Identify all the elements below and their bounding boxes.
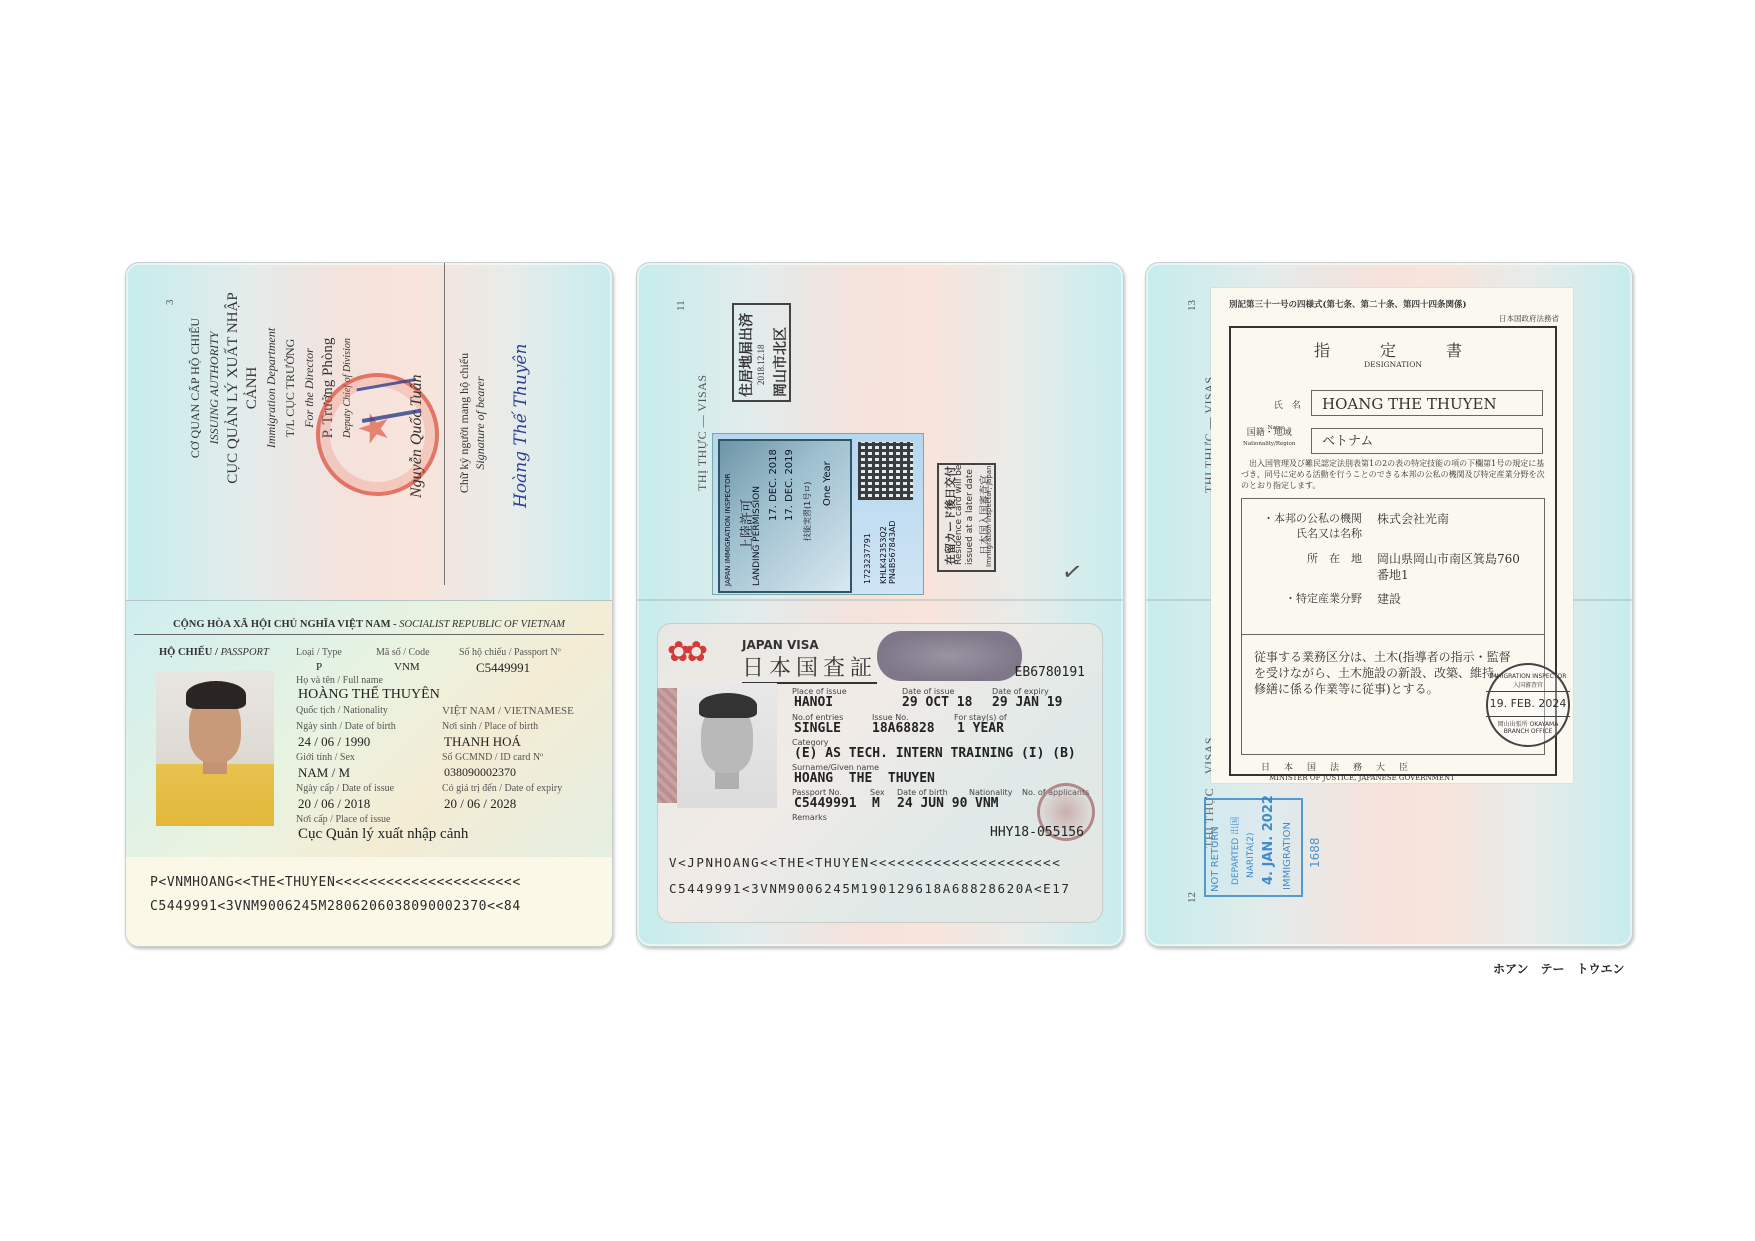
visa-dob-value: 24 JUN 90 [897, 796, 967, 811]
entries-value: SINGLE [794, 721, 841, 736]
work-duty-description: 従事する業務区分は、土木(指導者の指示・監督を受けながら、土木施設の新設、改築、… [1254, 649, 1514, 697]
page-number: 3 [164, 300, 176, 306]
nationality-value: VIỆT NAM / VIETNAMESE [442, 705, 574, 717]
visas-label: THỊ THỰC — VISAS [695, 374, 710, 491]
legal-basis-paragraph: 出入国管理及び難民認定法別表第1の2の表の特定技能の項の下欄第1号の規定に基づき… [1241, 458, 1545, 491]
signatory-name: Nguyễn Quốc Tuấn [408, 374, 426, 498]
designation-title-en: DESIGNATION [1231, 360, 1555, 369]
nationality-label: Quốc tịch / Nationality [296, 705, 388, 716]
id-card-label: Số GCMND / ID card Nº [442, 752, 543, 763]
designation-document: 別記第三十一号の四様式(第七条、第二十条、第四十四条関係) 日本国政府法務省 指… [1211, 288, 1573, 783]
bearer-signature-block: Chữ ký người mang hộ chiếu Signature of … [456, 343, 488, 503]
ministry-label: 日本国政府法務省 [1499, 313, 1559, 324]
stay-value: 1 YEAR [957, 721, 1004, 736]
machine-readable-zone: P<VNMHOANG<<THE<THUYEN<<<<<<<<<<<<<<<<<<… [126, 857, 612, 947]
narita-departure-stamp: NOT RETURN DEPARTED 出国 NARITA(2) 4. JAN.… [1204, 798, 1303, 897]
full-name-value: HOÀNG THẾ THUYÊN [298, 687, 440, 703]
residence-card-stamp: 在留カード後日交付 Residence card will be issued … [937, 463, 996, 572]
sex-label: Giới tính / Sex [296, 752, 355, 763]
passport-no-value: C5449991 [476, 660, 530, 676]
address-value: 岡山県岡山市南区箕島760番地1 [1377, 551, 1527, 583]
pob-value: THANH HOÁ [444, 734, 521, 750]
nationality-label: 国籍・地域 Nationality/Region [1243, 428, 1295, 450]
qr-code-icon [858, 442, 913, 500]
dob-label: Ngày sinh / Date of birth [296, 721, 396, 732]
code-value: VNM [394, 661, 420, 673]
mrz-line-1: P<VNMHOANG<<THE<THUYEN<<<<<<<<<<<<<<<<<<… [150, 875, 521, 890]
bearer-signature-label-vi: Chữ ký người mang hộ chiếu [456, 343, 472, 503]
page-number: 11 [675, 300, 687, 311]
stamp-number: 1688 [1308, 837, 1322, 868]
immigration-date-stamp: IMMIGRATION INSPECTOR 入国審査官 19. FEB. 202… [1486, 663, 1570, 747]
organization-label: ・本邦の公私の機関 氏名又は名称 [1252, 511, 1362, 541]
address-registration-stamp: 住居地届出済 2018.12.18 岡山市北区 [732, 303, 791, 402]
issuing-authority-label-en: ISSUING AUTHORITY [205, 278, 224, 498]
minister-jp: 日本国法務大臣 [1261, 760, 1422, 773]
expiry-date-value: 20 / 06 / 2028 [444, 796, 516, 812]
nationality-value: ベトナム [1311, 428, 1543, 454]
issue-date-label: Ngày cấp / Date of issue [296, 783, 394, 794]
bearer-signature-label-en: Signature of bearer [472, 343, 488, 503]
cherry-blossom-icon: ✿✿ [667, 635, 702, 669]
visa-number: EB6780191 [1015, 665, 1085, 680]
passport-data-page: CỘNG HÒA XÃ HỘI CHỦ NGHĨA VIỆT NAM - SOC… [126, 600, 612, 947]
issuing-authority-label-vi: CƠ QUAN CẤP HỘ CHIẾU [186, 278, 205, 498]
visa-title-jp: 日本国査証 [742, 651, 877, 684]
id-card-value: 038090002370 [444, 765, 516, 780]
place-of-issue-label: Nơi cấp / Place of issue [296, 814, 390, 825]
department-vi: CỤC QUẢN LÝ XUẤT NHẬP CẢNH [224, 278, 262, 498]
page-number-bottom: 12 [1186, 892, 1198, 903]
japan-visa-sticker: ✿✿ JAPAN VISA 日本国査証 EB6780191 Place of i… [657, 623, 1103, 923]
for-director-en: For the Director [300, 278, 319, 498]
designation-title-jp: 指定書 [1231, 338, 1555, 361]
industry-field-label: ・特定産業分野 [1252, 591, 1362, 606]
visa-page: 11 THỊ THỰC — VISAS 住居地届出済 2018.12.18 岡山… [636, 262, 1124, 947]
place-of-issue-value: Cục Quản lý xuất nhập cảnh [298, 826, 468, 843]
column-divider [444, 263, 445, 585]
visa-nationality-value: VNM [975, 796, 998, 811]
landing-permission-sticker: JAPAN IMMIGRATION INSPECTOR 上陸許可 LANDING… [712, 433, 924, 595]
category-value: (E) AS TECH. INTERN TRAINING (I) (B) [794, 746, 1076, 761]
visa-mrz-line-1: V<JPNHOANG<<THE<THUYEN<<<<<<<<<<<<<<<<<<… [669, 855, 1061, 870]
page-number-top: 13 [1186, 300, 1198, 311]
issue-no-value: 18A68828 [872, 721, 935, 736]
department-en: Immigration Department [262, 278, 281, 498]
bearer-signature: Hoàng Thế Thuyên [511, 344, 531, 508]
minister-en: MINISTER OF JUSTICE, JAPANESE GOVERNMENT [1269, 774, 1455, 782]
security-guilloche-icon [877, 631, 1022, 681]
date-of-issue-value: 29 OCT 18 [902, 695, 972, 710]
passport-no-label: Số hộ chiếu / Passport Nº [459, 647, 561, 658]
document-title: HỘ CHIẾU / PASSPORT [159, 647, 269, 658]
type-label: Loại / Type [296, 647, 342, 658]
dob-value: 24 / 06 / 1990 [298, 734, 370, 750]
vn-passport-page: 3 CƠ QUAN CẤP HỘ CHIẾU ISSUING AUTHORITY… [125, 262, 613, 947]
sex-value: NAM / M [298, 765, 350, 781]
expiry-date-label: Có giá trị đến / Date of expiry [442, 783, 562, 794]
katakana-name-caption: ホアン テー トウエン [1493, 960, 1625, 977]
industry-field-value: 建設 [1377, 591, 1401, 607]
name-value: HOANG THE THUYEN [1311, 390, 1543, 416]
place-of-issue-value: HANOI [794, 695, 833, 710]
full-name-label: Họ và tên / Full name [296, 675, 383, 686]
pob-label: Nơi sinh / Place of birth [442, 721, 538, 732]
organization-value: 株式会社光南 [1377, 511, 1449, 527]
remarks-label: Remarks [792, 813, 827, 822]
for-director-vi: T/L CỤC TRƯỞNG [281, 278, 300, 498]
visa-passport-no-value: C5449991 [794, 796, 857, 811]
remarks-value: HHY18-055156 [990, 825, 1084, 840]
form-number: 別記第三十一号の四様式(第七条、第二十条、第四十四条関係) [1229, 298, 1467, 310]
type-value: P [316, 661, 322, 673]
checkmark-icon: ✓ [1060, 556, 1085, 588]
mrz-line-2: C5449991<3VNM9006245M2806206038090002370… [150, 899, 521, 914]
holder-photo [156, 671, 274, 826]
name-value: HOANG THE THUYEN [794, 771, 935, 786]
issuing-authority-section: 3 CƠ QUAN CẤP HỘ CHIẾU ISSUING AUTHORITY… [126, 263, 612, 600]
issue-date-value: 20 / 06 / 2018 [298, 796, 370, 812]
visa-sex-value: M [872, 796, 880, 811]
country-header: CỘNG HÒA XÃ HỘI CHỦ NGHĨA VIỆT NAM - SOC… [126, 619, 612, 630]
code-label: Mã số / Code [376, 647, 430, 658]
stamp-date: 19. FEB. 2024 [1486, 691, 1570, 717]
visa-mrz-line-2: C5449991<3VNM9006245M190129618A68828620A… [669, 881, 1071, 896]
address-label: 所 在 地 [1252, 551, 1362, 566]
visa-title-en: JAPAN VISA [742, 638, 819, 652]
date-of-expiry-value: 29 JAN 19 [992, 695, 1062, 710]
header-rule [134, 634, 604, 635]
designation-page: 13 THỊ THỰC — VISAS THỊ THỰC VISAS 12 別記… [1145, 262, 1633, 947]
visa-holder-photo [677, 683, 777, 808]
